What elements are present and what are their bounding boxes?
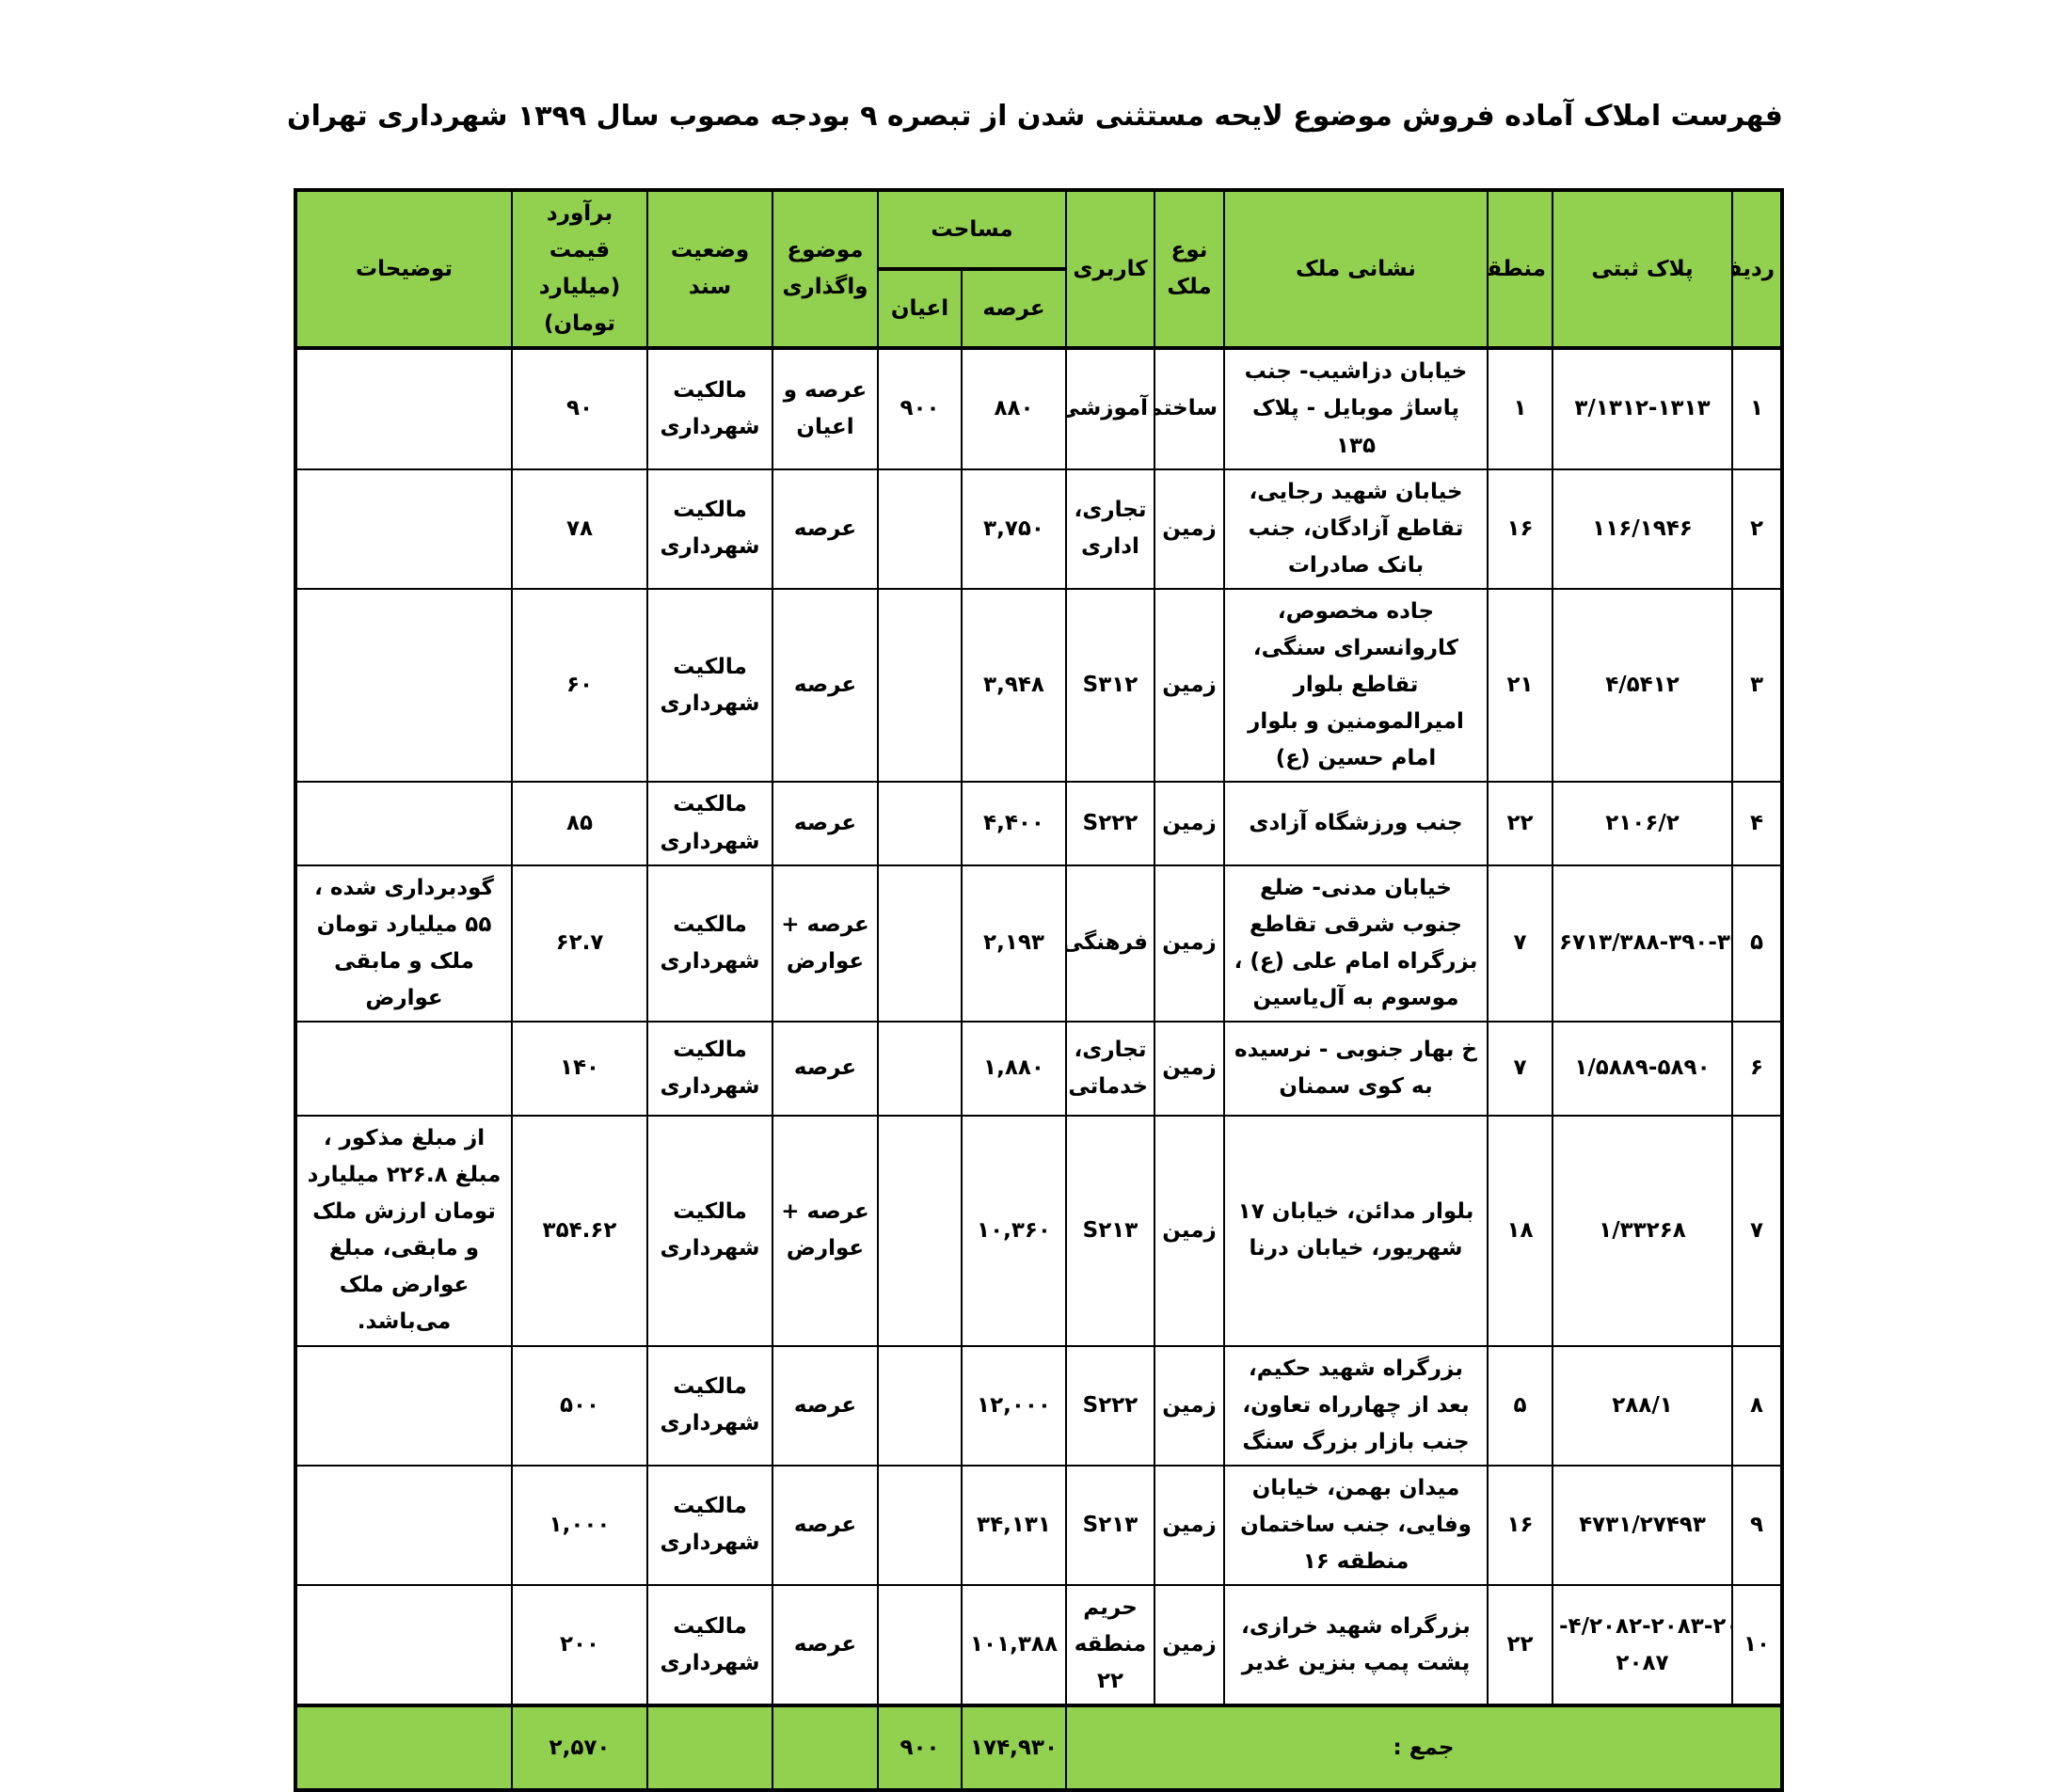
table-row-1: ۱ ۳/۱۳۱۲-۱۳۱۳ ۱ خیابان دزاشیب- جنب پاساژ…: [295, 348, 1782, 468]
cell-neshani: خیابان شهید رجایی، تقاطع آزادگان، جنب با…: [1224, 469, 1488, 589]
cell-vagozari: عرصه: [772, 1346, 878, 1466]
table-row-10: ۱۰ -۴/۲۰۸۲-۲۰۸۳-۲۰۸۶ ۲۰۸۷ ۲۲ بزرگراه شهی…: [295, 1585, 1782, 1705]
cell-noe-melk: زمین: [1154, 865, 1224, 1022]
table-row-5: ۵ ۶۷۱۳/۳۸۸-۳۹۰-۳۹۲ ۷ خیابان مدنی- ضلع جن…: [295, 865, 1782, 1022]
cell-ayan: [878, 1022, 962, 1116]
cell-vagozari: عرصه: [772, 589, 878, 782]
cell-arseh: ۱۲,۰۰۰: [962, 1346, 1066, 1466]
cell-sanad: مالکیت شهرداری: [647, 1116, 772, 1346]
cell-arseh: ۳,۷۵۰: [962, 469, 1066, 589]
cell-pelak: ۲۱۰۶/۲: [1552, 782, 1732, 864]
cell-mantaghe: ۷: [1488, 1022, 1552, 1116]
cell-gheymat: ۳۵۴.۶۲: [512, 1116, 647, 1346]
total-sanad: [647, 1705, 772, 1790]
table-row-8: ۸ ۲۸۸/۱ ۵ بزرگراه شهید حکیم، بعد از چهار…: [295, 1346, 1782, 1466]
table-row-2: ۲ ۱۱۶/۱۹۴۶ ۱۶ خیابان شهید رجایی، تقاطع آ…: [295, 469, 1782, 589]
cell-vagozari: عرصه: [772, 1466, 878, 1585]
cell-vagozari: عرصه: [772, 1585, 878, 1705]
total-label: جمع :: [1066, 1705, 1782, 1790]
cell-radif: ۶: [1732, 1022, 1782, 1116]
cell-mantaghe: ۱۶: [1488, 1466, 1552, 1585]
cell-neshani: جاده مخصوص، کاروانسرای سنگی، تقاطع بلوار…: [1224, 589, 1488, 782]
table-row-9: ۹ ۴۷۳۱/۲۷۴۹۳ ۱۶ میدان بهمن، خیابان وفایی…: [295, 1466, 1782, 1585]
cell-gheymat: ۶۰: [512, 589, 647, 782]
cell-arseh: ۸۸۰: [962, 348, 1066, 468]
total-ayan: ۹۰۰: [878, 1705, 962, 1790]
cell-arseh: ۳,۹۴۸: [962, 589, 1066, 782]
cell-noe-melk: زمین: [1154, 589, 1224, 782]
cell-tozihat: [295, 469, 512, 589]
cell-arseh: ۱,۸۸۰: [962, 1022, 1066, 1116]
cell-ayan: [878, 1585, 962, 1705]
cell-mantaghe: ۷: [1488, 865, 1552, 1022]
cell-mantaghe: ۱۸: [1488, 1116, 1552, 1346]
cell-sanad: مالکیت شهرداری: [647, 1466, 772, 1585]
cell-ayan: [878, 865, 962, 1022]
cell-sanad: مالکیت شهرداری: [647, 1022, 772, 1116]
cell-arseh: ۳۴,۱۳۱: [962, 1466, 1066, 1585]
cell-vagozari: عرصه: [772, 469, 878, 589]
cell-mantaghe: ۵: [1488, 1346, 1552, 1466]
cell-ayan: [878, 1466, 962, 1585]
cell-sanad: مالکیت شهرداری: [647, 1346, 772, 1466]
cell-noe-melk: زمین: [1154, 1585, 1224, 1705]
cell-vagozari: عرصه: [772, 1022, 878, 1116]
cell-radif: ۹: [1732, 1466, 1782, 1585]
table-header: ردیف پلاک ثبتی منطقه نشانی ملک نوع ملک ک…: [295, 190, 1782, 348]
col-header-neshani: نشانی ملک: [1224, 190, 1488, 348]
cell-noe-melk: زمین: [1154, 1346, 1224, 1466]
cell-noe-melk: زمین: [1154, 469, 1224, 589]
cell-tozihat: [295, 589, 512, 782]
table-row-4: ۴ ۲۱۰۶/۲ ۲۲ جنب ورزشگاه آزادی زمین S۲۲۲ …: [295, 782, 1782, 864]
cell-gheymat: ۶۲.۷: [512, 865, 647, 1022]
cell-radif: ۸: [1732, 1346, 1782, 1466]
cell-sanad: مالکیت شهرداری: [647, 782, 772, 864]
cell-radif: ۱۰: [1732, 1585, 1782, 1705]
cell-radif: ۱: [1732, 348, 1782, 468]
col-header-karbari: کاربری: [1066, 190, 1154, 348]
cell-karbari: فرهنگی: [1066, 865, 1154, 1022]
col-header-gheymat: برآورد قیمت (میلیارد تومان): [512, 190, 647, 348]
cell-neshani: جنب ورزشگاه آزادی: [1224, 782, 1488, 864]
cell-tozihat: گودبرداری شده ، ۵۵ میلیارد تومان ملک و م…: [295, 865, 512, 1022]
total-row: جمع : ۱۷۴,۹۳۰ ۹۰۰ ۲,۵۷۰: [295, 1705, 1782, 1790]
cell-gheymat: ۵۰۰: [512, 1346, 647, 1466]
cell-sanad: مالکیت شهرداری: [647, 589, 772, 782]
cell-noe-melk: ساختمان: [1154, 348, 1224, 468]
cell-karbari: آموزشی: [1066, 348, 1154, 468]
cell-sanad: مالکیت شهرداری: [647, 865, 772, 1022]
cell-arseh: ۱۰,۳۶۰: [962, 1116, 1066, 1346]
cell-sanad: مالکیت شهرداری: [647, 469, 772, 589]
cell-mantaghe: ۲۱: [1488, 589, 1552, 782]
cell-neshani: خیابان دزاشیب- جنب پاساژ موبایل - پلاک ۱…: [1224, 348, 1488, 468]
cell-vagozari: عرصه + عوارض: [772, 1116, 878, 1346]
cell-ayan: [878, 1346, 962, 1466]
cell-tozihat: [295, 1346, 512, 1466]
cell-karbari: S۲۱۳: [1066, 1116, 1154, 1346]
total-gheymat: ۲,۵۷۰: [512, 1705, 647, 1790]
cell-tozihat: [295, 782, 512, 864]
col-header-mantaghe: منطقه: [1488, 190, 1552, 348]
cell-pelak: ۴/۵۴۱۲: [1552, 589, 1732, 782]
cell-vagozari: عرصه و اعیان: [772, 348, 878, 468]
cell-tozihat: [295, 1466, 512, 1585]
cell-sanad: مالکیت شهرداری: [647, 348, 772, 468]
cell-karbari: S۳۱۲: [1066, 589, 1154, 782]
col-header-noe-melk: نوع ملک: [1154, 190, 1224, 348]
cell-gheymat: ۸۵: [512, 782, 647, 864]
cell-radif: ۵: [1732, 865, 1782, 1022]
cell-arseh: ۱۰۱,۳۸۸: [962, 1585, 1066, 1705]
col-header-radif: ردیف: [1732, 190, 1782, 348]
cell-ayan: [878, 782, 962, 864]
cell-vagozari: عرصه: [772, 782, 878, 864]
cell-mantaghe: ۱: [1488, 348, 1552, 468]
cell-radif: ۳: [1732, 589, 1782, 782]
cell-pelak: ۶۷۱۳/۳۸۸-۳۹۰-۳۹۲: [1552, 865, 1732, 1022]
cell-radif: ۲: [1732, 469, 1782, 589]
cell-arseh: ۲,۱۹۳: [962, 865, 1066, 1022]
cell-neshani: بزرگراه شهید حکیم، بعد از چهارراه تعاون،…: [1224, 1346, 1488, 1466]
cell-neshani: میدان بهمن، خیابان وفایی، جنب ساختمان من…: [1224, 1466, 1488, 1585]
col-header-masahat: مساحت: [878, 190, 1066, 269]
cell-neshani: خ بهار جنوبی - نرسیده به کوی سمنان: [1224, 1022, 1488, 1116]
cell-tozihat: [295, 1022, 512, 1116]
cell-gheymat: ۱,۰۰۰: [512, 1466, 647, 1585]
cell-pelak: ۲۸۸/۱: [1552, 1346, 1732, 1466]
cell-karbari: تجاری، اداری: [1066, 469, 1154, 589]
col-header-ayan: اعیان: [878, 269, 962, 348]
cell-tozihat: [295, 1585, 512, 1705]
cell-ayan: ۹۰۰: [878, 348, 962, 468]
total-vagozari: [772, 1705, 878, 1790]
cell-neshani: بلوار مدائن، خیابان ۱۷ شهریور، خیابان در…: [1224, 1116, 1488, 1346]
cell-radif: ۷: [1732, 1116, 1782, 1346]
cell-vagozari: عرصه + عوارض: [772, 865, 878, 1022]
table-row-6: ۶ ۱/۵۸۸۹-۵۸۹۰ ۷ خ بهار جنوبی - نرسیده به…: [295, 1022, 1782, 1116]
header-row-main: ردیف پلاک ثبتی منطقه نشانی ملک نوع ملک ک…: [295, 190, 1782, 269]
cell-pelak: -۴/۲۰۸۲-۲۰۸۳-۲۰۸۶ ۲۰۸۷: [1552, 1585, 1732, 1705]
col-header-tozihat: توضیحات: [295, 190, 512, 348]
table-row-7: ۷ ۱/۳۳۲۶۸ ۱۸ بلوار مدائن، خیابان ۱۷ شهری…: [295, 1116, 1782, 1346]
cell-gheymat: ۷۸: [512, 469, 647, 589]
cell-gheymat: ۱۴۰: [512, 1022, 647, 1116]
cell-gheymat: ۲۰۰: [512, 1585, 647, 1705]
total-tozihat: [295, 1705, 512, 1790]
cell-mantaghe: ۲۲: [1488, 1585, 1552, 1705]
cell-arseh: ۴,۴۰۰: [962, 782, 1066, 864]
cell-neshani: بزرگراه شهید خرازی، پشت پمپ بنزین غدیر: [1224, 1585, 1488, 1705]
cell-ayan: [878, 589, 962, 782]
col-header-arseh: عرصه: [962, 269, 1066, 348]
document-title: فهرست املاک آماده فروش موضوع لایحه مستثن…: [0, 100, 2070, 133]
cell-pelak: ۱/۳۳۲۶۸: [1552, 1116, 1732, 1346]
cell-pelak: ۴۷۳۱/۲۷۴۹۳: [1552, 1466, 1732, 1585]
cell-ayan: [878, 1116, 962, 1346]
properties-table: ردیف پلاک ثبتی منطقه نشانی ملک نوع ملک ک…: [294, 188, 1784, 1792]
cell-karbari: تجاری، خدماتی: [1066, 1022, 1154, 1116]
cell-tozihat: از مبلغ مذکور ، مبلغ ۲۲۶.۸ میلیارد تومان…: [295, 1116, 512, 1346]
cell-neshani: خیابان مدنی- ضلع جنوب شرقی تقاطع بزرگراه…: [1224, 865, 1488, 1022]
cell-tozihat: [295, 348, 512, 468]
table-body: ۱ ۳/۱۳۱۲-۱۳۱۳ ۱ خیابان دزاشیب- جنب پاساژ…: [295, 348, 1782, 1790]
cell-pelak: ۳/۱۳۱۲-۱۳۱۳: [1552, 348, 1732, 468]
cell-gheymat: ۹۰: [512, 348, 647, 468]
col-header-vagozari: موضوع واگذاری: [772, 190, 878, 348]
total-arseh: ۱۷۴,۹۳۰: [962, 1705, 1066, 1790]
cell-noe-melk: زمین: [1154, 1116, 1224, 1346]
cell-karbari: S۲۲۲: [1066, 782, 1154, 864]
cell-karbari: S۲۲۲: [1066, 1346, 1154, 1466]
cell-pelak: ۱/۵۸۸۹-۵۸۹۰: [1552, 1022, 1732, 1116]
cell-karbari: S۲۱۳: [1066, 1466, 1154, 1585]
cell-sanad: مالکیت شهرداری: [647, 1585, 772, 1705]
cell-ayan: [878, 469, 962, 589]
cell-radif: ۴: [1732, 782, 1782, 864]
col-header-pelak: پلاک ثبتی: [1552, 190, 1732, 348]
cell-mantaghe: ۱۶: [1488, 469, 1552, 589]
document-page: فهرست املاک آماده فروش موضوع لایحه مستثن…: [0, 0, 2070, 1599]
table-row-3: ۳ ۴/۵۴۱۲ ۲۱ جاده مخصوص، کاروانسرای سنگی،…: [295, 589, 1782, 782]
cell-pelak: ۱۱۶/۱۹۴۶: [1552, 469, 1732, 589]
cell-karbari: حریم منطقه ۲۲: [1066, 1585, 1154, 1705]
cell-mantaghe: ۲۲: [1488, 782, 1552, 864]
cell-noe-melk: زمین: [1154, 1022, 1224, 1116]
cell-noe-melk: زمین: [1154, 782, 1224, 864]
cell-noe-melk: زمین: [1154, 1466, 1224, 1585]
col-header-sanad: وضعیت سند: [647, 190, 772, 348]
